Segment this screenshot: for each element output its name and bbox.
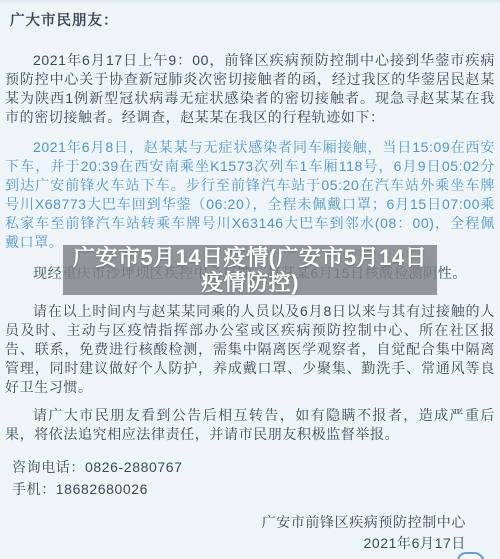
headline-overlay: 广安市5月14日疫情(广安市5月14日 疫情防控) [63, 245, 437, 295]
notice-page: 广大市民朋友： 2021年6月17日上午9：00，前锋区疾病预防控制中心接到华蓥… [0, 0, 500, 559]
signature-date: 2021年6月17日 [5, 533, 466, 554]
contact-block: 咨询电话：0826-2880767 手机：18682680026 [12, 456, 183, 500]
signature-org: 广安市前锋区疾病预防控制中心 [5, 512, 466, 533]
headline-title-line1: 广安市5月14日疫情(广安市5月14日 [63, 245, 437, 270]
paragraph-itinerary: 2021年6月8日，赵某某与无症状感染者同车厢接触，当日15:09在西安下车，并… [5, 138, 495, 252]
paragraph-warning: 请广大市民朋友看到公告后相互转告，如有隐瞒不报者，造成严重后果，将依法追究相应法… [5, 406, 495, 444]
contact-phone-line: 咨询电话：0826-2880767 [12, 456, 183, 478]
greeting: 广大市民朋友： [10, 9, 119, 30]
signature-block: 广安市前锋区疾病预防控制中心 2021年6月17日 [5, 512, 466, 554]
paragraph-intro: 2021年6月17日上午9：00，前锋区疾病预防控制中心接到华蓥市疾病预防控中心… [5, 51, 495, 127]
headline-title-line2: 疫情防控) [63, 270, 437, 295]
paragraph-instructions: 请在以上时间内与赵某某同乘的人员以及6月8日以来与其有过接触的人员及时、主动与区… [5, 302, 495, 397]
contact-mobile-line: 手机：18682680026 [12, 478, 183, 500]
cloud-icon [457, 552, 485, 559]
